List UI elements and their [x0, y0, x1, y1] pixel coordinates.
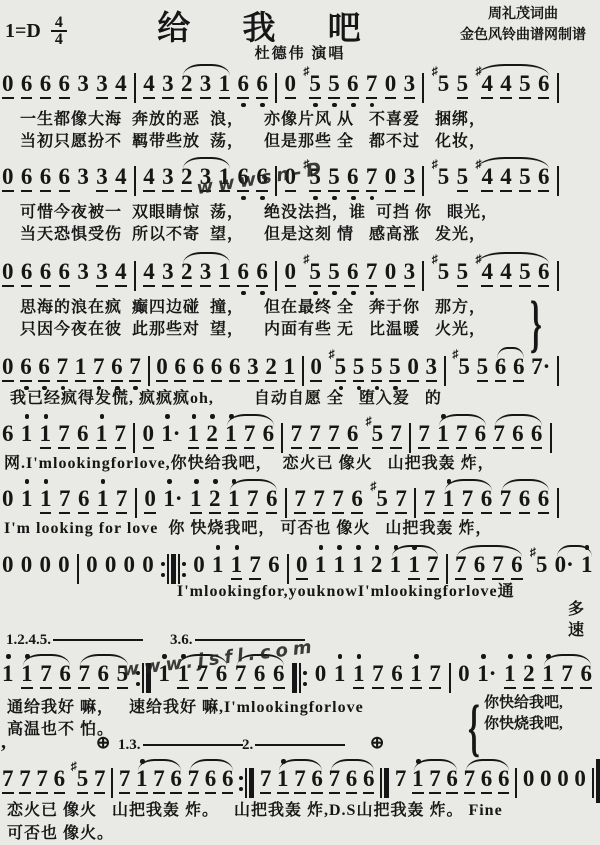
note-number: 6 — [538, 72, 550, 99]
note: 7 — [94, 767, 106, 794]
slur-arc — [477, 157, 549, 169]
note: 0 — [458, 662, 470, 685]
note-number: 1 — [408, 553, 420, 580]
note: 5 — [477, 355, 489, 382]
note: 0 — [156, 355, 168, 382]
bar-stroke — [380, 768, 382, 798]
note-number: 6 — [21, 260, 33, 287]
volta-1-2-4-5: 1.2.4.5. — [6, 632, 143, 649]
note-number: 4 — [500, 72, 512, 99]
note: 5 — [457, 72, 469, 99]
note-number: 6 — [347, 260, 359, 287]
barline — [239, 768, 254, 798]
note: 7 — [36, 767, 48, 794]
barline — [422, 261, 424, 291]
note: 7 — [58, 422, 70, 449]
note-number: 7 — [247, 487, 259, 514]
note: 7 — [462, 487, 474, 514]
note-number: 6 — [38, 355, 50, 382]
note-number: 7 — [119, 767, 131, 794]
note-number: 1 — [443, 487, 455, 514]
note: 4 — [143, 165, 155, 192]
note-number: 5 — [519, 72, 531, 99]
note-number: 7 — [188, 767, 200, 794]
note: 1 — [352, 553, 364, 576]
note: 0 — [39, 553, 51, 576]
note-number: 2 — [206, 422, 218, 449]
note-number: 7 — [58, 422, 70, 449]
mark-text: 2. — [242, 737, 253, 754]
note: 4 — [115, 72, 127, 99]
note: 6 — [237, 72, 249, 99]
note-number: 3 — [77, 165, 89, 188]
note: 0 — [310, 355, 322, 382]
note-number: 3 — [162, 72, 174, 99]
note: 6 — [54, 767, 66, 794]
note: 7 — [395, 767, 407, 790]
note: 6 — [346, 767, 358, 794]
octave-dot-above — [101, 479, 106, 484]
note: 4 — [115, 260, 127, 287]
note-number: 1 — [21, 487, 33, 510]
note-number: 6 — [40, 260, 52, 287]
note: 4 — [115, 165, 127, 192]
note: 6 — [580, 662, 592, 689]
note-number: 1 — [96, 422, 108, 449]
octave-dot-above — [194, 479, 199, 484]
note-number: 7 — [418, 422, 430, 449]
note: 7 — [93, 355, 105, 382]
note-number: 7 — [464, 767, 476, 794]
repeat-dots — [303, 671, 307, 686]
note-number: 5 — [328, 165, 340, 192]
note: 7 — [78, 662, 90, 689]
note: 7 — [366, 72, 378, 99]
note: 6 — [205, 767, 217, 794]
note-number: 0 — [385, 165, 397, 192]
note: 7 — [328, 422, 340, 449]
note-number: 0 — [143, 422, 155, 449]
note: 2 — [523, 662, 535, 689]
note-number: 7 — [456, 422, 468, 449]
note: 6 — [481, 487, 493, 514]
note-number: 5 — [519, 165, 531, 192]
note-number: 5 — [328, 260, 340, 287]
bar-stroke — [444, 356, 446, 386]
dot — [161, 573, 165, 577]
note-number: 1 — [437, 422, 449, 449]
note: 1 — [504, 662, 516, 689]
barline — [557, 261, 559, 291]
note: 2 — [206, 422, 218, 449]
note-row: 066633443231660♯556703♯55♯4456 — [2, 62, 559, 112]
note-number: 0 — [315, 662, 327, 685]
note-number: 7 — [129, 355, 141, 382]
note: 4 — [143, 72, 155, 99]
note: 3 — [96, 165, 108, 192]
note: 0 — [285, 72, 297, 99]
bar-stroke — [275, 73, 277, 103]
note-number: 6 — [54, 767, 66, 794]
note-number: 1· — [477, 662, 496, 685]
note-row: 066633443231660♯556703♯55♯4456 — [2, 250, 559, 300]
brace-left: { — [468, 694, 480, 765]
barline — [134, 73, 136, 103]
note-number: 6 — [40, 165, 52, 192]
note-number: 3 — [162, 260, 174, 287]
note-number: 5 — [376, 487, 388, 514]
note-number: 3 — [96, 72, 108, 99]
note: 7 — [260, 767, 272, 794]
note-number: 7 — [294, 487, 306, 514]
lyric-line: 可惜今夜被一 双眼睛惊 荡， 绝没法挡，谁 可挡 你 眼光， — [20, 199, 498, 222]
note-number: 1 — [190, 487, 202, 514]
note-number: 4 — [481, 260, 493, 287]
note-number: 5 — [458, 355, 470, 378]
note-number: 7 — [115, 422, 127, 449]
note: 0 — [105, 553, 117, 576]
note-number: 7 — [93, 355, 105, 382]
note: 6 — [20, 355, 32, 382]
note: 5 — [519, 165, 531, 192]
note-number: 6 — [273, 662, 285, 689]
volta-1-3: 1.3. — [118, 737, 243, 754]
note: 1 — [136, 767, 148, 794]
note-number: 0 — [2, 487, 14, 510]
note-number: 6 — [21, 165, 33, 192]
note-number: 1 — [542, 662, 554, 689]
note: 0 — [385, 165, 397, 192]
barline — [111, 768, 113, 798]
note: 3 — [77, 260, 89, 283]
note-number: 4 — [143, 72, 155, 99]
note-number: 7 — [500, 487, 512, 514]
bar-stroke — [281, 423, 283, 453]
octave-dot-above — [375, 545, 380, 550]
note-number: 6 — [59, 662, 71, 689]
octave-dot-above — [210, 414, 215, 419]
note-number: 1 — [284, 355, 296, 382]
note: 6 — [229, 355, 241, 382]
bar-stroke — [449, 663, 451, 693]
note: 6 — [512, 422, 524, 449]
barline — [285, 488, 287, 518]
note-number: 1 — [277, 767, 289, 794]
note: 1 — [443, 487, 455, 514]
note: 1 — [40, 422, 52, 449]
barline — [414, 488, 416, 518]
note: 6 — [475, 422, 487, 449]
lyric-vertical: 多速 — [568, 599, 584, 641]
note-number: 5 — [438, 260, 450, 283]
system-9: 7776♯577176766717676671767660000恋火已 像火 山… — [2, 757, 600, 807]
note: 0 — [2, 355, 14, 382]
note-number: 7 — [328, 422, 340, 449]
note: 1 — [542, 662, 554, 689]
note-number: 4 — [143, 165, 155, 192]
note-number: 6 — [513, 355, 525, 382]
note: 1 — [334, 662, 346, 685]
repeat-dots — [239, 776, 243, 791]
note-number: 1 — [40, 422, 52, 449]
note: 1 — [219, 72, 231, 99]
note-number: 0 — [540, 767, 552, 790]
bar-stroke — [302, 356, 304, 386]
note: 6 — [256, 72, 268, 99]
note: 6 — [263, 422, 275, 449]
note-number: 5 — [457, 165, 469, 192]
octave-dot-above — [100, 414, 105, 419]
octave-dot-above — [357, 654, 362, 659]
note: ♯4 — [475, 72, 493, 99]
barline — [133, 423, 135, 453]
lyric-line: I'm looking for love 你 快烧我吧， 可否也 像火 山把我轰… — [4, 515, 492, 538]
barline — [275, 261, 277, 291]
mark-text: 3.6. — [170, 632, 193, 649]
slur-arc — [497, 347, 524, 359]
barline — [275, 73, 277, 103]
note-number: 1 — [504, 662, 516, 689]
note: 7 — [366, 260, 378, 287]
note-number: 7 — [424, 487, 436, 514]
slur-arc — [544, 654, 591, 666]
note-number: 7 — [116, 487, 128, 514]
note: 0 — [296, 553, 308, 580]
note: 3 — [404, 260, 416, 287]
note-number: 2 — [181, 260, 193, 287]
note: 1 — [190, 487, 202, 514]
note: 0 — [124, 553, 136, 576]
bar-stroke — [515, 768, 517, 798]
note: ♯5 — [370, 487, 388, 514]
note-number: 6 — [254, 662, 266, 689]
lyric-couplet: 你快给我吧,你快烧我吧, — [484, 693, 563, 735]
note: 6 — [474, 553, 486, 580]
note: 3 — [96, 260, 108, 287]
note-number: 6 — [256, 260, 268, 287]
note: 7 — [561, 662, 573, 689]
slur-arc — [457, 545, 522, 557]
note-number: 0 — [58, 553, 70, 576]
coda-mark: ⊕ — [370, 733, 384, 753]
note-number: 5 — [389, 355, 401, 382]
note: 6 — [268, 553, 280, 576]
slur-arc — [439, 414, 486, 426]
note-number: 6 — [256, 72, 268, 99]
note: ♯4 — [475, 165, 493, 192]
note-number: 5 — [371, 355, 383, 382]
dot — [161, 562, 165, 566]
note-number: 7 — [309, 422, 321, 449]
note: 1 — [40, 487, 52, 514]
slur-arc — [477, 252, 549, 264]
note-number: 6 — [346, 767, 358, 794]
volta-line — [53, 639, 143, 643]
note: 7 — [366, 165, 378, 192]
bar-stroke — [557, 166, 559, 196]
note: 6 — [481, 767, 493, 794]
note: 6 — [59, 662, 71, 689]
note-number: 7 — [78, 662, 90, 689]
octave-dot-above — [44, 414, 49, 419]
note-number: 0 — [574, 767, 586, 790]
lyric-line: 网.I'mlookingforlove,你快给我吧， 恋火已 像火 山把我轰 炸… — [4, 450, 495, 473]
note: 3 — [247, 355, 259, 382]
note-number: 1 — [219, 72, 231, 99]
dot — [303, 671, 307, 675]
note: 7 — [57, 355, 69, 382]
note: 6 — [222, 767, 234, 794]
barline — [557, 356, 559, 386]
note-number: 0 — [285, 260, 297, 287]
barline — [515, 768, 517, 798]
note-number: 1 — [136, 767, 148, 794]
note: 6 — [266, 487, 278, 514]
note-number: 3 — [247, 355, 259, 382]
slur-arc — [445, 479, 492, 491]
credit-publisher: 金色风铃曲谱网制谱 — [460, 25, 586, 46]
octave-dot-above — [527, 654, 532, 659]
note-number: 0 — [2, 355, 14, 382]
note: 1 — [437, 422, 449, 449]
octave-dot-above — [338, 654, 343, 659]
barline — [148, 356, 150, 386]
slur-arc — [392, 545, 438, 557]
bar-stroke — [77, 554, 79, 584]
note-number: 7 — [455, 553, 467, 580]
note-number: 1 — [225, 422, 237, 449]
note-number: 6 — [111, 355, 123, 382]
bar-stroke — [148, 356, 150, 386]
annotation-line: 多 — [568, 599, 584, 620]
note-number: 6 — [59, 72, 71, 99]
bar-stroke — [249, 768, 254, 798]
note: 1 — [225, 422, 237, 449]
lyric-line: 恋火已 像火 山把我轰 炸。 山把我轰 炸,D.S山把我轰 炸。 Fine — [7, 797, 503, 820]
annotation-line: 速 — [568, 620, 584, 641]
lyric-line: 只因今夜在彼 此那些对 望， 内面有些 无 比温暖 火光， — [20, 316, 486, 339]
note: 6 — [531, 422, 543, 449]
note-number: 0 — [385, 72, 397, 99]
note-number: 6 — [174, 355, 186, 382]
note: ♯5 — [303, 260, 321, 287]
note-number: 7 — [429, 767, 441, 794]
barline — [302, 356, 304, 386]
note-number: 6 — [59, 260, 71, 287]
note-number: 1 — [412, 767, 424, 794]
note-number: 1 — [231, 553, 243, 580]
slur-arc — [279, 759, 322, 771]
dot — [182, 573, 186, 577]
bar-stroke — [134, 261, 136, 291]
note-number: 1 — [333, 553, 345, 576]
bar-stroke — [285, 488, 287, 518]
volta-2: 2. — [242, 737, 345, 754]
note: 7 — [309, 422, 321, 449]
bar-stroke — [245, 768, 247, 798]
note: 0 — [557, 767, 569, 790]
octave-dot-above — [192, 414, 197, 419]
note-number: 6 — [351, 487, 363, 514]
slur-arc — [183, 157, 230, 169]
dot — [182, 562, 186, 566]
note: 6 — [538, 487, 550, 514]
note-number: 1 — [315, 553, 327, 576]
note: 7 — [429, 662, 441, 689]
annotation-line: 你快烧我吧, — [484, 714, 563, 735]
note: 6 — [363, 767, 375, 794]
note: 3 — [96, 72, 108, 99]
octave-dot-above — [25, 479, 30, 484]
note-number: 6 — [347, 72, 359, 99]
note-number: 6 — [222, 767, 234, 794]
bar-stroke — [409, 423, 411, 453]
note: 7 — [59, 487, 71, 514]
note-number: 6 — [20, 355, 32, 382]
note-number: 5 — [457, 72, 469, 99]
note: 6 — [77, 422, 89, 449]
note: 7 — [247, 487, 259, 514]
note: 1· — [163, 487, 182, 510]
note: 6 — [40, 260, 52, 287]
octave-dot-above — [25, 414, 30, 419]
note: 3 — [200, 260, 212, 287]
note: 1 — [333, 553, 345, 576]
note: 6 — [59, 260, 71, 287]
note: 6 — [273, 662, 285, 689]
system-3: 066633443231660♯556703♯55♯4456思海的浪在疯 癫四边… — [2, 250, 559, 300]
note-number: 3 — [426, 355, 438, 382]
barline — [135, 488, 137, 518]
note: 0 — [315, 662, 327, 685]
note-number: 4 — [500, 165, 512, 192]
bar-stroke — [550, 423, 552, 453]
note: 3 — [404, 72, 416, 99]
note-number: 0 — [21, 553, 33, 576]
lyric-line: I'mlookingfor,youknowI'mlookingforlove通 — [177, 578, 515, 601]
note-number: 6 — [580, 662, 592, 689]
note-number: 6 — [170, 767, 182, 794]
note: 7 — [493, 422, 505, 449]
lyric-line: 当天恐惧受伤 所以不寄 望， 但是这刻 情 感高涨 发光， — [20, 221, 486, 244]
note-number: 6 — [519, 487, 531, 514]
note: 7 — [464, 767, 476, 794]
octave-dot-above — [44, 479, 49, 484]
octave-dot-above — [167, 479, 172, 484]
note-number: 7 — [390, 422, 402, 449]
barline — [449, 663, 451, 693]
note: 0 — [2, 260, 14, 287]
octave-dot-above — [481, 654, 486, 659]
note: 0 — [523, 767, 535, 790]
note-number: 5 — [353, 355, 365, 382]
note: 5 — [389, 355, 401, 382]
octave-dot-above — [165, 414, 170, 419]
note-number: 6 — [363, 767, 375, 794]
note: 6 — [498, 767, 510, 794]
bar-stroke — [292, 663, 297, 693]
note-number: 1 — [40, 487, 52, 514]
note: 7 — [40, 662, 52, 689]
note-number: 0 — [523, 767, 535, 790]
note: 6 — [347, 165, 359, 192]
note: 5 — [457, 165, 469, 192]
note-number: 6 — [78, 487, 90, 514]
note: 0 — [385, 72, 397, 99]
bar-stroke — [414, 488, 416, 518]
note-number: 6 — [538, 165, 550, 192]
note: 6 — [513, 355, 525, 382]
